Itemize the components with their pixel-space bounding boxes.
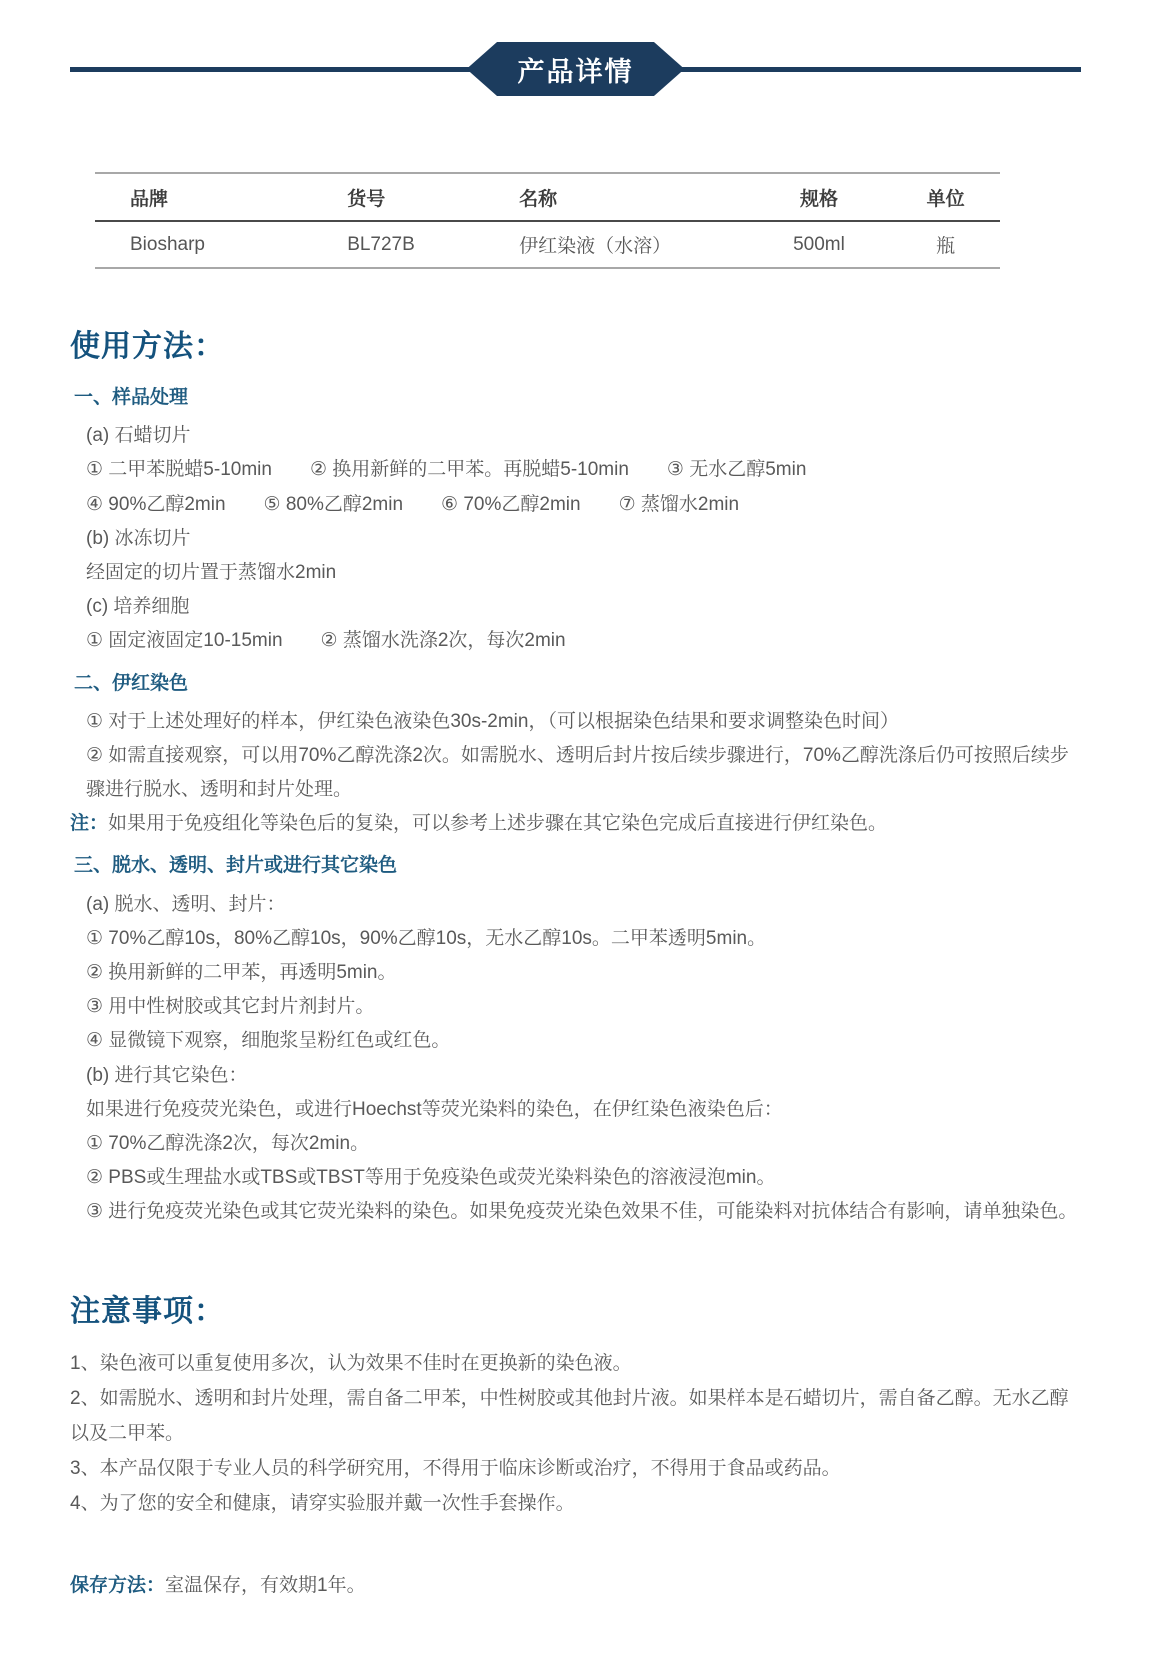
usage-line: (a) 脱水、透明、封片：: [86, 888, 1081, 922]
table-header-row: 品牌 货号 名称 规格 单位: [95, 173, 1000, 221]
usage-section-2-heading: 二、伊红染色: [74, 667, 1081, 701]
banner-left-rule: [70, 67, 475, 72]
notes-item: 2、如需脱水、透明和封片处理，需自备二甲苯，中性树胶或其他封片液。如果样本是石蜡…: [70, 1381, 1080, 1451]
usage-line: (a) 石蜡切片: [86, 419, 1081, 453]
usage-line: ① 70%乙醇洗涤2次，每次2min。: [86, 1127, 1081, 1161]
table-row: Biosharp BL727B 伊红染液（水溶） 500ml 瓶: [95, 221, 1000, 268]
notes-title: 注意事项：: [70, 1286, 1081, 1330]
usage-section-3-heading: 三、脱水、透明、封片或进行其它染色: [74, 849, 1081, 883]
storage-text: 室温保存，有效期1年。: [165, 1575, 366, 1596]
usage-line: ② 如需直接观察，可以用70%乙醇洗涤2次。如需脱水、透明后封片按后续步骤进行，…: [86, 739, 1081, 807]
usage-section-1-heading: 一、样品处理: [74, 381, 1081, 415]
usage-line: ② 换用新鲜的二甲苯，再透明5min。: [86, 956, 1081, 990]
col-header-name: 名称: [484, 173, 746, 221]
notes-item: 1、染色液可以重复使用多次，认为效果不佳时在更换新的染色液。: [70, 1346, 1080, 1381]
usage-line: ④ 显微镜下观察，细胞浆呈粉红色或红色。: [86, 1024, 1081, 1058]
usage-line: ③ 进行免疫荧光染色或其它荧光染料的染色。如果免疫荧光染色效果不佳，可能染料对抗…: [86, 1195, 1081, 1229]
usage-line: (b) 进行其它染色：: [86, 1059, 1081, 1093]
usage-line: ① 二甲苯脱蜡5-10min ② 换用新鲜的二甲苯。再脱蜡5-10min ③ 无…: [86, 453, 1081, 487]
notes-section: 注意事项： 1、染色液可以重复使用多次，认为效果不佳时在更换新的染色液。 2、如…: [70, 1286, 1081, 1522]
cell-brand: Biosharp: [95, 221, 312, 268]
usage-line: ① 70%乙醇10s，80%乙醇10s，90%乙醇10s，无水乙醇10s。二甲苯…: [86, 922, 1081, 956]
notes-item: 4、为了您的安全和健康，请穿实验服并戴一次性手套操作。: [70, 1486, 1080, 1521]
storage-method: 保存方法：室温保存，有效期1年。: [70, 1569, 1081, 1603]
col-header-brand: 品牌: [95, 173, 312, 221]
col-header-unit: 单位: [891, 173, 1000, 221]
usage-line: ① 固定液固定10-15min ② 蒸馏水洗涤2次，每次2min: [86, 624, 1081, 658]
usage-line: ① 对于上述处理好的样本，伊红染色液染色30s-2min，（可以根据染色结果和要…: [86, 705, 1081, 739]
usage-section: 使用方法： 一、样品处理 (a) 石蜡切片 ① 二甲苯脱蜡5-10min ② 换…: [70, 321, 1081, 1230]
page-title-badge: 产品详情: [467, 42, 685, 96]
col-header-spec: 规格: [747, 173, 892, 221]
product-detail-page: 产品详情 品牌 货号 名称 规格 单位 Biosharp BL727B 伊红染液…: [0, 0, 1151, 1663]
col-header-catalog: 货号: [312, 173, 484, 221]
cell-catalog: BL727B: [312, 221, 484, 268]
usage-title: 使用方法：: [70, 321, 1081, 365]
storage-label: 保存方法：: [70, 1575, 165, 1596]
note-label: 注：: [70, 813, 108, 834]
product-spec-table: 品牌 货号 名称 规格 单位 Biosharp BL727B 伊红染液（水溶） …: [95, 172, 1000, 269]
usage-line: ② PBS或生理盐水或TBS或TBST等用于免疫染色或荧光染料染色的溶液浸泡mi…: [86, 1161, 1081, 1195]
note-text: 如果用于免疫组化等染色后的复染，可以参考上述步骤在其它染色完成后直接进行伊红染色…: [108, 813, 887, 834]
notes-item: 3、本产品仅限于专业人员的科学研究用，不得用于临床诊断或治疗，不得用于食品或药品…: [70, 1451, 1080, 1486]
usage-line: ④ 90%乙醇2min ⑤ 80%乙醇2min ⑥ 70%乙醇2min ⑦ 蒸馏…: [86, 488, 1081, 522]
usage-note: 注：如果用于免疫组化等染色后的复染，可以参考上述步骤在其它染色完成后直接进行伊红…: [70, 807, 1080, 841]
cell-spec: 500ml: [747, 221, 892, 268]
usage-line: 经固定的切片置于蒸馏水2min: [86, 556, 1081, 590]
banner: 产品详情: [70, 42, 1081, 96]
usage-line: 如果进行免疫荧光染色，或进行Hoechst等荧光染料的染色，在伊红染色液染色后：: [86, 1093, 1081, 1127]
usage-line: (c) 培养细胞: [86, 590, 1081, 624]
usage-line: ③ 用中性树胶或其它封片剂封片。: [86, 990, 1081, 1024]
cell-unit: 瓶: [891, 221, 1000, 268]
banner-right-rule: [677, 67, 1082, 72]
usage-line: (b) 冰冻切片: [86, 522, 1081, 556]
cell-name: 伊红染液（水溶）: [484, 221, 746, 268]
